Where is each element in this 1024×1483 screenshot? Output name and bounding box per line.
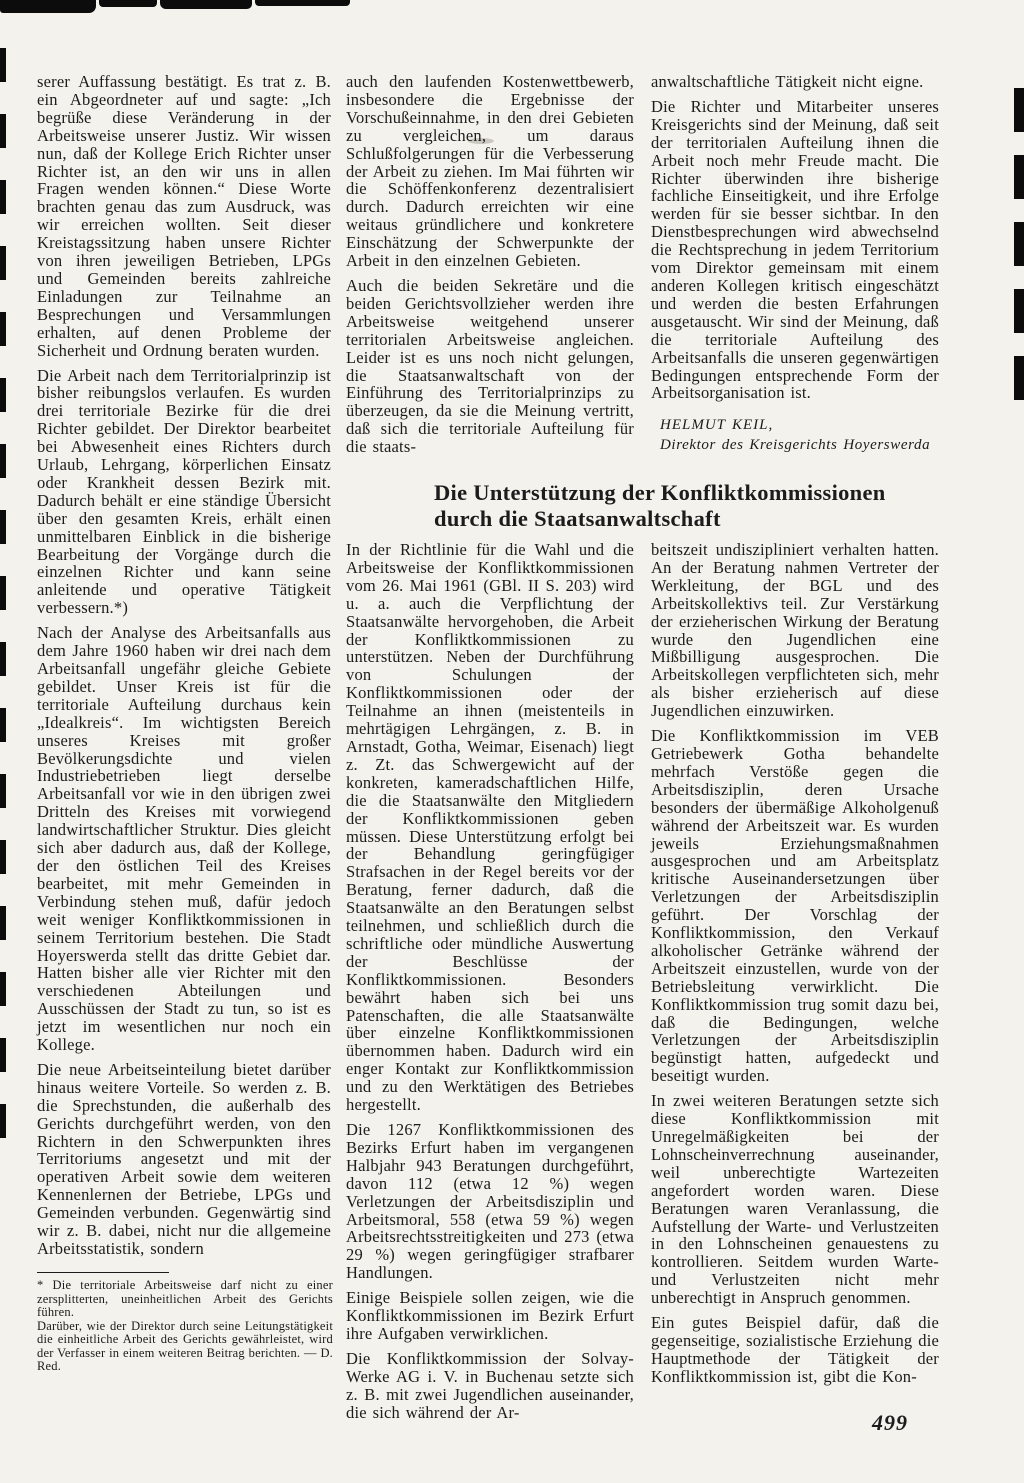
article2-column-left: In der Richtlinie für die Wahl und die A… [346,541,634,1422]
footnote-line: Darüber, wie der Direktor durch seine Le… [37,1320,333,1374]
article1-column-1: serer Auffassung bestätigt. Es trat z. B… [37,73,331,1258]
page-number: 499 [872,1410,908,1436]
footnote-block: * Die territoriale Arbeitsweise darf nic… [37,1272,333,1374]
journal-page: serer Auffassung bestätigt. Es trat z. B… [0,0,1024,1483]
article2-column-right: beitszeit undiszipliniert verhalten hatt… [651,541,939,1386]
paragraph: anwaltschaftliche Tätigkeit nicht eigne. [651,73,939,91]
article1-column-2: auch den laufenden Kostenwettbewerb, ins… [346,73,634,456]
paragraph: Die Arbeit nach dem Territorialprinzip i… [37,367,331,618]
article1-column-3: anwaltschaftliche Tätigkeit nicht eigne.… [651,73,939,455]
paragraph: Die neue Arbeitseinteilung bietet darübe… [37,1061,331,1258]
paragraph: Auch die beiden Sekretäre und die beiden… [346,277,634,456]
author-name: HELMUT KEIL, [660,415,939,435]
paragraph: Ein gutes Beispiel dafür, daß die gegens… [651,1314,939,1386]
paragraph: Die 1267 Konfliktkommissionen des Bezirk… [346,1121,634,1282]
paragraph: Die Konfliktkommission der Solvay-Werke … [346,1350,634,1422]
paragraph: In der Richtlinie für die Wahl und die A… [346,541,634,1114]
footnote-line: * Die territoriale Arbeitsweise darf nic… [37,1279,333,1320]
paragraph: Einige Beispiele sollen zeigen, wie die … [346,1289,634,1343]
paragraph: In zwei weiteren Beratungen setzte sich … [651,1092,939,1307]
author-block: HELMUT KEIL, Direktor des Kreisgerichts … [651,415,939,455]
paragraph: Die Richter und Mitarbeiter unseres Krei… [651,98,939,402]
scan-artifact-left-edge [0,48,6,1163]
footnote: * Die territoriale Arbeitsweise darf nic… [37,1279,333,1374]
scan-artifact-top [99,0,157,7]
paragraph: serer Auffassung bestätigt. Es trat z. B… [37,73,331,360]
scan-artifact-top [0,0,96,13]
scan-artifact-right-edge [1014,88,1024,406]
paragraph: Die Konfliktkommission im VEB Getriebewe… [651,727,939,1085]
scan-artifact-top [160,0,252,9]
scan-artifact-top [255,0,350,6]
paragraph: Nach der Analyse des Arbeitsanfalls aus … [37,624,331,1054]
paragraph: auch den laufenden Kostenwettbewerb, ins… [346,73,634,270]
author-title: Direktor des Kreisgerichts Hoyerswerda [660,435,939,455]
paragraph: beitszeit undiszipliniert verhalten hatt… [651,541,939,720]
article2-title: Die Unterstützung der Konfliktkommission… [434,480,936,532]
footnote-rule [37,1272,169,1273]
